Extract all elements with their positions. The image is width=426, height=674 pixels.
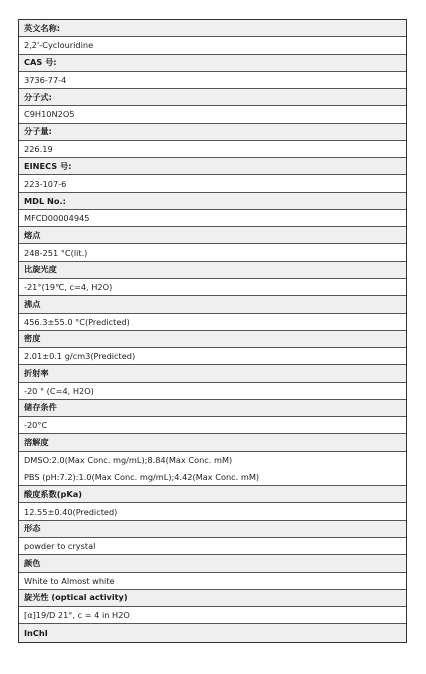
value-text: -21°(19℃, c=4, H2O) — [24, 282, 112, 292]
value-text-line-1: DMSO:2.0(Max Conc. mg/mL);8.84(Max Conc.… — [24, 455, 232, 465]
value-storage: -20°C — [19, 417, 406, 434]
label-text: 储存条件 — [24, 402, 57, 413]
label-optical-activity: 旋光性 (optical activity) — [19, 590, 406, 607]
label-text: 酸度系数(pKa) — [24, 489, 82, 500]
value-text: 3736-77-4 — [24, 75, 66, 85]
label-text: 形态 — [24, 523, 40, 534]
value-density: 2.01±0.1 g/cm3(Predicted) — [19, 348, 406, 365]
label-specific-rotation: 比旋光度 — [19, 262, 406, 279]
value-melting-point: 248-251 °C(lit.) — [19, 244, 406, 261]
label-inchi: InChI — [19, 624, 406, 641]
label-text: MDL No.: — [24, 196, 66, 206]
value-english-name: 2,2'-Cyclouridine — [19, 37, 406, 54]
value-text: -20 ° (C=4, H2O) — [24, 386, 94, 396]
value-color: White to Almost white — [19, 573, 406, 590]
label-pka: 酸度系数(pKa) — [19, 486, 406, 503]
value-boiling-point: 456.3±55.0 °C(Predicted) — [19, 314, 406, 331]
label-boiling-point: 沸点 — [19, 296, 406, 313]
value-einecs: 223-107-6 — [19, 175, 406, 192]
label-text: 比旋光度 — [24, 264, 57, 275]
value-mdl: MFCD00004945 — [19, 210, 406, 227]
label-einecs: EINECS 号: — [19, 158, 406, 175]
label-storage: 储存条件 — [19, 400, 406, 417]
label-melting-point: 熔点 — [19, 227, 406, 244]
label-color: 颜色 — [19, 555, 406, 572]
label-text: 熔点 — [24, 230, 40, 241]
label-mdl: MDL No.: — [19, 193, 406, 210]
label-english-name: 英文名称: — [19, 20, 406, 37]
value-text: C9H10N2O5 — [24, 109, 75, 119]
value-text: 2.01±0.1 g/cm3(Predicted) — [24, 351, 135, 361]
label-text: EINECS 号: — [24, 161, 71, 172]
value-text: White to Almost white — [24, 576, 115, 586]
value-text: powder to crystal — [24, 541, 95, 551]
label-text: CAS 号: — [24, 57, 57, 68]
value-solubility: DMSO:2.0(Max Conc. mg/mL);8.84(Max Conc.… — [19, 452, 406, 487]
label-density: 密度 — [19, 331, 406, 348]
label-text: InChI — [24, 628, 48, 638]
label-text: 沸点 — [24, 299, 40, 310]
value-text: 2,2'-Cyclouridine — [24, 40, 93, 50]
value-text: -20°C — [24, 420, 47, 430]
value-text: [α]19/D 21°, c = 4 in H2O — [24, 610, 130, 620]
value-text-line-2: PBS (pH:7.2):1.0(Max Conc. mg/mL);4.42(M… — [24, 472, 259, 482]
properties-table: 英文名称: 2,2'-Cyclouridine CAS 号: 3736-77-4… — [18, 19, 407, 643]
label-text: 密度 — [24, 333, 40, 344]
label-text: 分子量: — [24, 126, 52, 137]
value-text: 248-251 °C(lit.) — [24, 248, 87, 258]
value-optical-activity: [α]19/D 21°, c = 4 in H2O — [19, 607, 406, 624]
value-text: 456.3±55.0 °C(Predicted) — [24, 317, 130, 327]
value-molecular-weight: 226.19 — [19, 141, 406, 158]
value-text: 12.55±0.40(Predicted) — [24, 507, 117, 517]
value-text: MFCD00004945 — [24, 213, 89, 223]
value-text: 226.19 — [24, 144, 53, 154]
label-form: 形态 — [19, 521, 406, 538]
value-text: 223-107-6 — [24, 179, 66, 189]
label-solubility: 溶解度 — [19, 434, 406, 451]
value-pka: 12.55±0.40(Predicted) — [19, 503, 406, 520]
label-text: 折射率 — [24, 368, 49, 379]
label-text: 颜色 — [24, 558, 40, 569]
value-specific-rotation: -21°(19℃, c=4, H2O) — [19, 279, 406, 296]
label-text: 旋光性 (optical activity) — [24, 592, 128, 603]
label-cas: CAS 号: — [19, 55, 406, 72]
label-text: 溶解度 — [24, 437, 49, 448]
label-molecular-weight: 分子量: — [19, 124, 406, 141]
label-text: 英文名称: — [24, 23, 60, 34]
value-refractive-index: -20 ° (C=4, H2O) — [19, 383, 406, 400]
label-text: 分子式: — [24, 92, 52, 103]
label-formula: 分子式: — [19, 89, 406, 106]
value-formula: C9H10N2O5 — [19, 106, 406, 123]
value-form: powder to crystal — [19, 538, 406, 555]
label-refractive-index: 折射率 — [19, 365, 406, 382]
value-cas: 3736-77-4 — [19, 72, 406, 89]
